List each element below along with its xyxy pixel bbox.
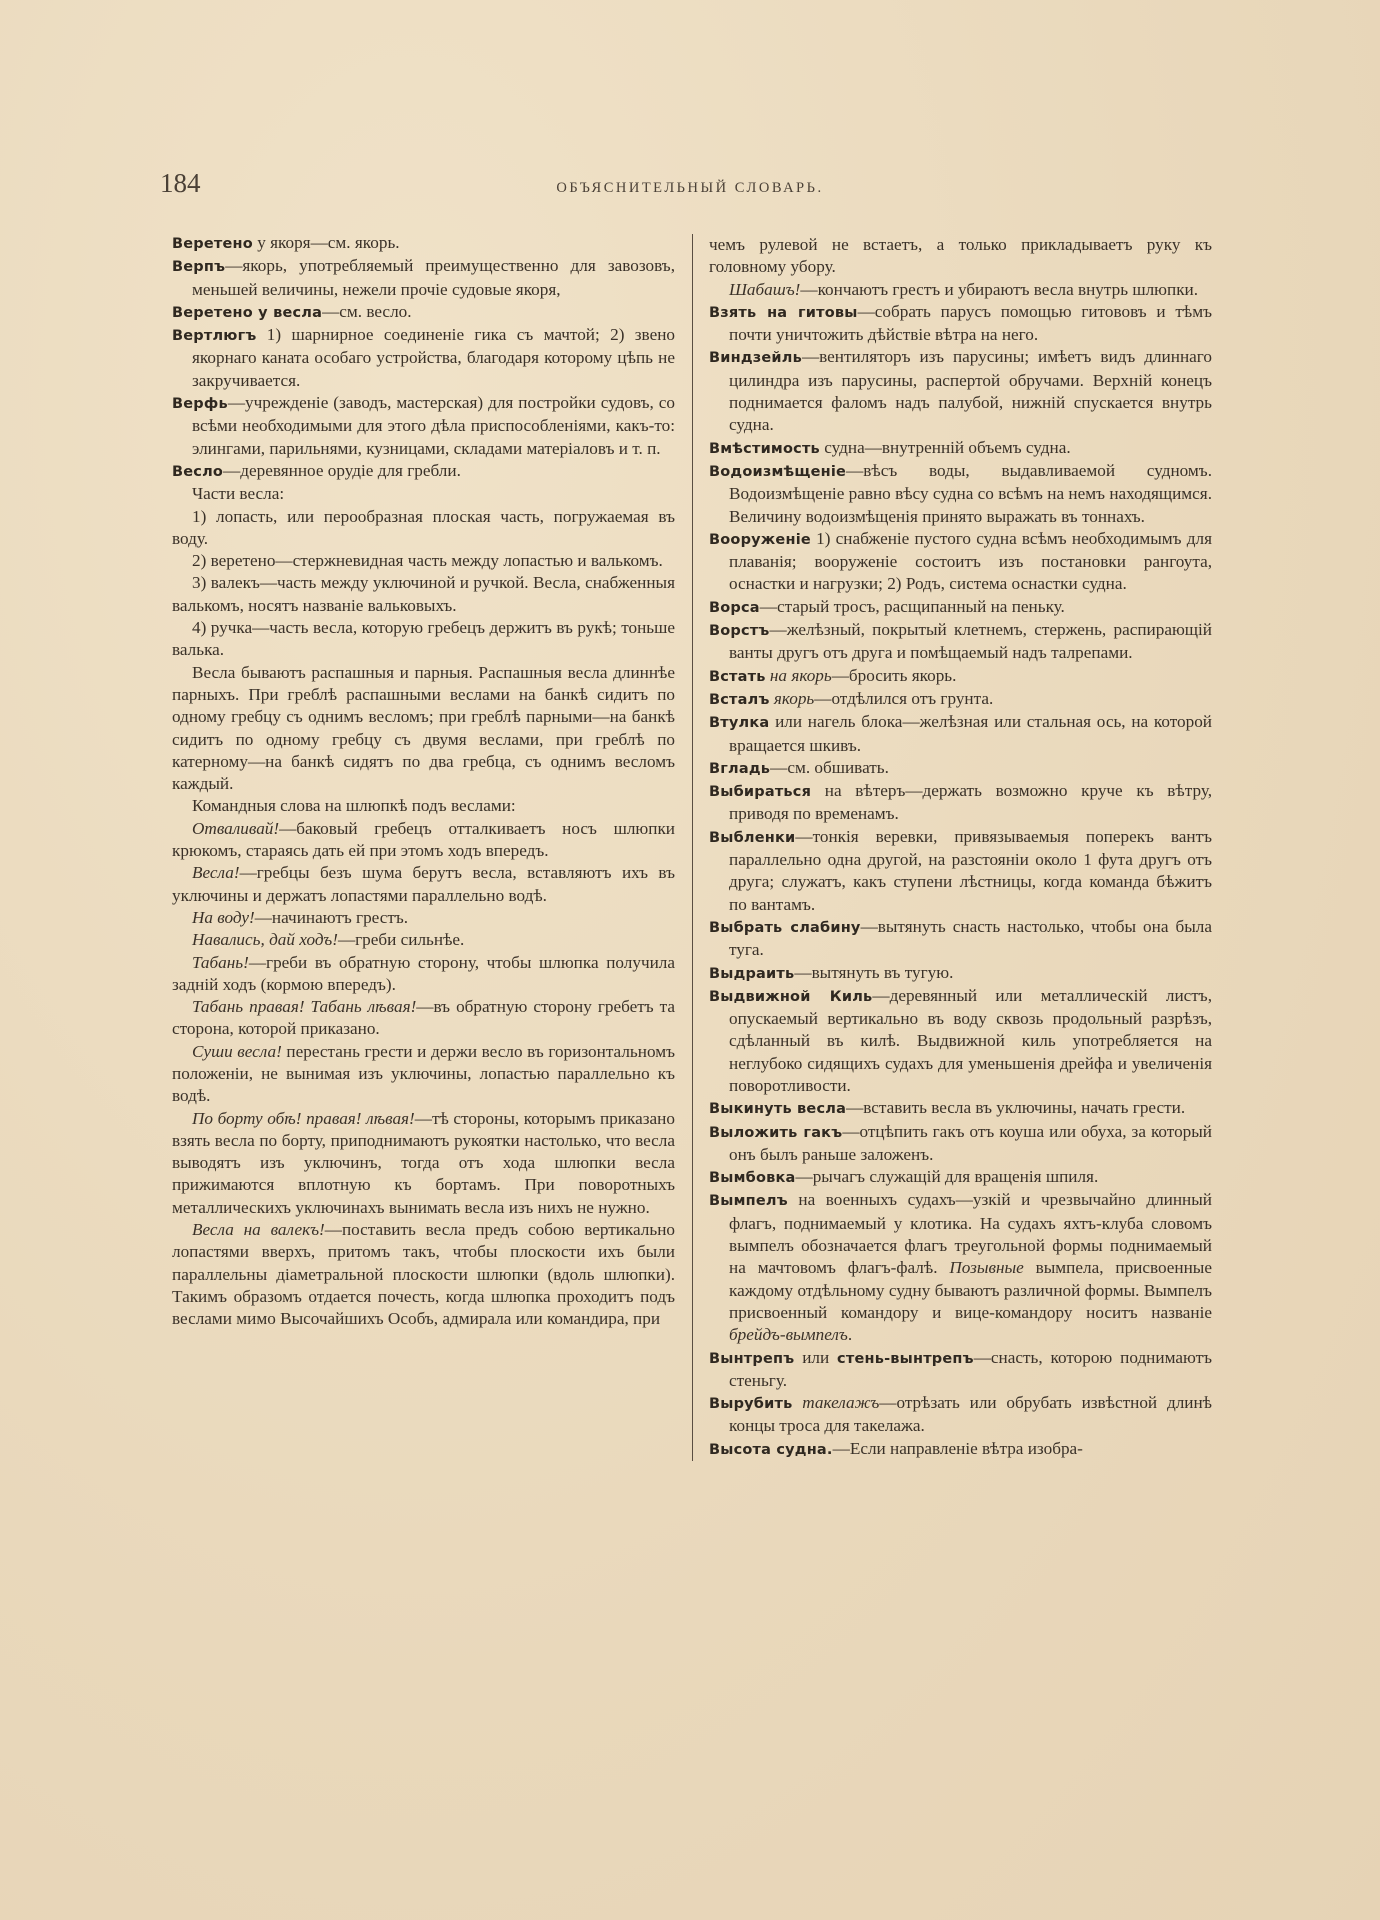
italic-phrase: Табань правая! Табань лѣвая! bbox=[192, 997, 416, 1016]
headword: стень-вынтрепъ bbox=[837, 1351, 974, 1367]
definition-text: 1) лопасть, или перообразная плоская час… bbox=[172, 507, 675, 548]
dictionary-entry: Вооруженіе 1) снабженіе пустого судна вс… bbox=[709, 528, 1212, 596]
italic-phrase: Позывные bbox=[949, 1258, 1023, 1277]
dictionary-entry: Вырубить такелажъ—отрѣзать или обрубать … bbox=[709, 1392, 1212, 1438]
italic-phrase: Шабашъ! bbox=[729, 280, 800, 299]
definition-text: —тонкія веревки, привязываемыя поперекъ … bbox=[729, 827, 1212, 914]
definition-text: или нагель блока—желѣзная или стальная о… bbox=[729, 712, 1212, 754]
definition-text: —якорь, употребляемый преимущественно дл… bbox=[192, 256, 675, 298]
dictionary-entry: Верфь—учрежденіе (заводъ, мастерская) дл… bbox=[172, 392, 675, 460]
entry-paragraph: Весла!—гребцы безъ шума берутъ весла, вс… bbox=[172, 862, 675, 907]
headword: Выдвижной Киль bbox=[709, 989, 872, 1005]
definition-text: —греби сильнѣе. bbox=[338, 930, 464, 949]
headword: Вынтрепъ bbox=[709, 1351, 794, 1367]
italic-phrase: Весла! bbox=[192, 863, 240, 882]
entry-paragraph: 4) ручка—часть весла, которую гребецъ де… bbox=[172, 617, 675, 662]
dictionary-entry: Вертлюгъ 1) шарнирное соединеніе гика съ… bbox=[172, 324, 675, 392]
definition-text: —учрежденіе (заводъ, мастерская) для пос… bbox=[192, 393, 675, 458]
dictionary-entry: Всталъ якорь—отдѣлился отъ грунта. bbox=[709, 688, 1212, 711]
definition-text: —вытянуть въ тугую. bbox=[794, 963, 953, 982]
headword: Втулка bbox=[709, 715, 769, 731]
dictionary-entry: Высота судна.—Если направленіе вѣтра изо… bbox=[709, 1438, 1212, 1461]
dictionary-entry: Веретено у якоря—см. якорь. bbox=[172, 232, 675, 255]
definition-text: Весла бываютъ распашныя и парныя. Распаш… bbox=[172, 663, 675, 793]
dictionary-entry: Вгладь—см. обшивать. bbox=[709, 757, 1212, 780]
entry-paragraph: Табань правая! Табань лѣвая!—въ обратную… bbox=[172, 996, 675, 1041]
dictionary-entry: Выкинуть весла—вставить весла въ уключин… bbox=[709, 1097, 1212, 1120]
headword: Вымпелъ bbox=[709, 1193, 788, 1209]
definition-text: 2) веретено—стержневидная часть между ло… bbox=[192, 551, 663, 570]
headword: Вооруженіе bbox=[709, 532, 811, 548]
headword: Верпъ bbox=[172, 259, 225, 275]
headword: Ворса bbox=[709, 600, 760, 616]
definition-text: 4) ручка—часть весла, которую гребецъ де… bbox=[172, 618, 675, 659]
entry-paragraph: Части весла: bbox=[172, 483, 675, 505]
italic-phrase: Отваливай! bbox=[192, 819, 279, 838]
headword: Всталъ bbox=[709, 692, 770, 708]
definition-text: —отдѣлился отъ грунта. bbox=[814, 689, 993, 708]
dictionary-entry: Выдраить—вытянуть въ тугую. bbox=[709, 962, 1212, 985]
dictionary-entry: Выдвижной Киль—деревянный или металличес… bbox=[709, 985, 1212, 1097]
page-header: 184 ОБЪЯСНИТЕЛЬНЫЙ СЛОВАРЬ. bbox=[160, 168, 1220, 208]
right-column: чемъ рулевой не встаетъ, а только прикла… bbox=[692, 234, 1212, 1461]
italic-phrase: брейдъ-вымпелъ bbox=[729, 1325, 848, 1344]
dictionary-entry: Выложить гакъ—отцѣпить гакъ отъ коуша ил… bbox=[709, 1121, 1212, 1167]
headword: Высота судна. bbox=[709, 1442, 833, 1458]
headword: Ворстъ bbox=[709, 623, 770, 639]
dictionary-entry: Втулка или нагель блока—желѣзная или ста… bbox=[709, 711, 1212, 757]
running-title: ОБЪЯСНИТЕЛЬНЫЙ СЛОВАРЬ. bbox=[160, 180, 1220, 197]
italic-phrase: На воду! bbox=[192, 908, 255, 927]
dictionary-entry: Встать на якорь—бросить якорь. bbox=[709, 665, 1212, 688]
entry-paragraph: Отваливай!—баковый гребецъ отталкиваетъ … bbox=[172, 818, 675, 863]
entry-paragraph: 3) валекъ—часть между уключиной и ручкой… bbox=[172, 572, 675, 617]
definition-text: —начинаютъ грестъ. bbox=[255, 908, 408, 927]
headword: Выбрать слабину bbox=[709, 920, 861, 936]
entry-paragraph: Весла бываютъ распашныя и парныя. Распаш… bbox=[172, 662, 675, 796]
definition-text: —вентиляторъ изъ парусины; имѣетъ видъ д… bbox=[729, 347, 1212, 434]
headword: Выкинуть весла bbox=[709, 1101, 846, 1117]
headword: Вымбовка bbox=[709, 1170, 796, 1186]
entry-paragraph: Суши весла! перестань грести и держи вес… bbox=[172, 1041, 675, 1108]
headword: Вырубить bbox=[709, 1396, 792, 1412]
headword: Выбираться bbox=[709, 784, 811, 800]
dictionary-entry: Вмѣстимость судна—внутренній объемъ судн… bbox=[709, 437, 1212, 460]
italic-phrase: на якорь bbox=[766, 666, 832, 685]
entry-paragraph: Шабашъ!—кончаютъ грестъ и убираютъ весла… bbox=[709, 279, 1212, 301]
italic-phrase: Табань! bbox=[192, 953, 249, 972]
headword: Вгладь bbox=[709, 761, 770, 777]
headword: Весло bbox=[172, 464, 223, 480]
headword: Верфь bbox=[172, 396, 228, 412]
entry-paragraph: Весла на валекъ!—поставить весла предъ с… bbox=[172, 1219, 675, 1330]
dictionary-entry: Вымбовка—рычагъ служащій для вращенія шп… bbox=[709, 1166, 1212, 1189]
dictionary-entry: Выбираться на вѣтеръ—держать возможно кр… bbox=[709, 780, 1212, 826]
headword: Встать bbox=[709, 669, 766, 685]
definition-text: или bbox=[794, 1348, 837, 1367]
entry-paragraph: По борту обѣ! правая! лѣвая!—тѣ стороны,… bbox=[172, 1108, 675, 1219]
italic-phrase: Навались, дай ходъ! bbox=[192, 930, 338, 949]
italic-phrase: Суши весла! bbox=[192, 1042, 282, 1061]
entry-paragraph: Командныя слова на шлюпкѣ подъ веслами: bbox=[172, 795, 675, 817]
definition-text: Части весла: bbox=[192, 484, 284, 503]
dictionary-entry: Весло—деревянное орудіе для гребли. bbox=[172, 460, 675, 483]
definition-text: Командныя слова на шлюпкѣ подъ веслами: bbox=[192, 796, 516, 815]
left-column: Веретено у якоря—см. якорь.Верпъ—якорь, … bbox=[172, 232, 692, 1461]
headword: Выбленки bbox=[709, 830, 795, 846]
definition-text: —рычагъ служащій для вращенія шпиля. bbox=[796, 1167, 1099, 1186]
definition-text: 1) шарнирное соединеніе гика съ мачтой; … bbox=[192, 325, 675, 390]
headword: Веретено bbox=[172, 236, 253, 252]
definition-text: —см. весло. bbox=[322, 302, 411, 321]
dictionary-columns: Веретено у якоря—см. якорь.Верпъ—якорь, … bbox=[172, 232, 1224, 1461]
definition-text: —Если направленіе вѣтра изобра- bbox=[833, 1439, 1083, 1458]
entry-paragraph: 2) веретено—стержневидная часть между ло… bbox=[172, 550, 675, 572]
definition-text: —старый тросъ, расщипанный на пеньку. bbox=[760, 597, 1065, 616]
headword: Водоизмѣщеніе bbox=[709, 464, 846, 480]
dictionary-entry: Выбленки—тонкія веревки, привязываемыя п… bbox=[709, 826, 1212, 916]
definition-text: —кончаютъ грестъ и убираютъ весла внутрь… bbox=[800, 280, 1198, 299]
entry-paragraph: Табань!—греби въ обратную сторону, чтобы… bbox=[172, 952, 675, 997]
dictionary-entry: Ворса—старый тросъ, расщипанный на пеньк… bbox=[709, 596, 1212, 619]
definition-text: —вставить весла въ уключины, начать грес… bbox=[846, 1098, 1185, 1117]
italic-phrase: такелажъ bbox=[792, 1393, 879, 1412]
entry-paragraph: 1) лопасть, или перообразная плоская час… bbox=[172, 506, 675, 551]
entry-paragraph: чемъ рулевой не встаетъ, а только прикла… bbox=[709, 234, 1212, 279]
headword: Вмѣстимость bbox=[709, 441, 820, 457]
definition-text: —деревянное орудіе для гребли. bbox=[223, 461, 461, 480]
definition-text: —см. обшивать. bbox=[770, 758, 889, 777]
italic-phrase: По борту обѣ! правая! лѣвая! bbox=[192, 1109, 415, 1128]
headword: Веретено у весла bbox=[172, 305, 322, 321]
headword: Вертлюгъ bbox=[172, 328, 256, 344]
dictionary-entry: Выбрать слабину—вытянуть снасть настольк… bbox=[709, 916, 1212, 962]
definition-text: —гребцы безъ шума берутъ весла, вставляю… bbox=[172, 863, 675, 904]
italic-phrase: якорь bbox=[770, 689, 815, 708]
dictionary-entry: Ворстъ—желѣзный, покрытый клетнемъ, стер… bbox=[709, 619, 1212, 665]
dictionary-entry: Вынтрепъ или стень-вынтрепъ—снасть, кото… bbox=[709, 1347, 1212, 1393]
entry-paragraph: Навались, дай ходъ!—греби сильнѣе. bbox=[172, 929, 675, 951]
dictionary-entry: Верпъ—якорь, употребляемый преимуществен… bbox=[172, 255, 675, 301]
headword: Выдраить bbox=[709, 966, 794, 982]
dictionary-entry: Вымпелъ на военныхъ судахъ—узкій и чрезв… bbox=[709, 1189, 1212, 1346]
definition-text: —бросить якорь. bbox=[832, 666, 957, 685]
dictionary-entry: Веретено у весла—см. весло. bbox=[172, 301, 675, 324]
definition-text: 3) валекъ—часть между уключиной и ручкой… bbox=[172, 573, 675, 614]
dictionary-entry: Водоизмѣщеніе—вѣсъ воды, выдавливаемой с… bbox=[709, 460, 1212, 528]
entry-paragraph: На воду!—начинаютъ грестъ. bbox=[172, 907, 675, 929]
italic-phrase: Весла на валекъ! bbox=[192, 1220, 325, 1239]
headword: Виндзейль bbox=[709, 350, 802, 366]
definition-text: у якоря—см. якорь. bbox=[253, 233, 400, 252]
headword: Взять на гитовы bbox=[709, 305, 858, 321]
headword: Выложить гакъ bbox=[709, 1125, 842, 1141]
definition-text: судна—внутренній объемъ судна. bbox=[820, 438, 1071, 457]
definition-text: —желѣзный, покрытый клетнемъ, стержень, … bbox=[729, 620, 1212, 662]
dictionary-entry: Взять на гитовы—собрать парусъ помощью г… bbox=[709, 301, 1212, 347]
definition-text: чемъ рулевой не встаетъ, а только прикла… bbox=[709, 235, 1212, 276]
definition-text: . bbox=[848, 1325, 852, 1344]
dictionary-entry: Виндзейль—вентиляторъ изъ парусины; имѣе… bbox=[709, 346, 1212, 436]
